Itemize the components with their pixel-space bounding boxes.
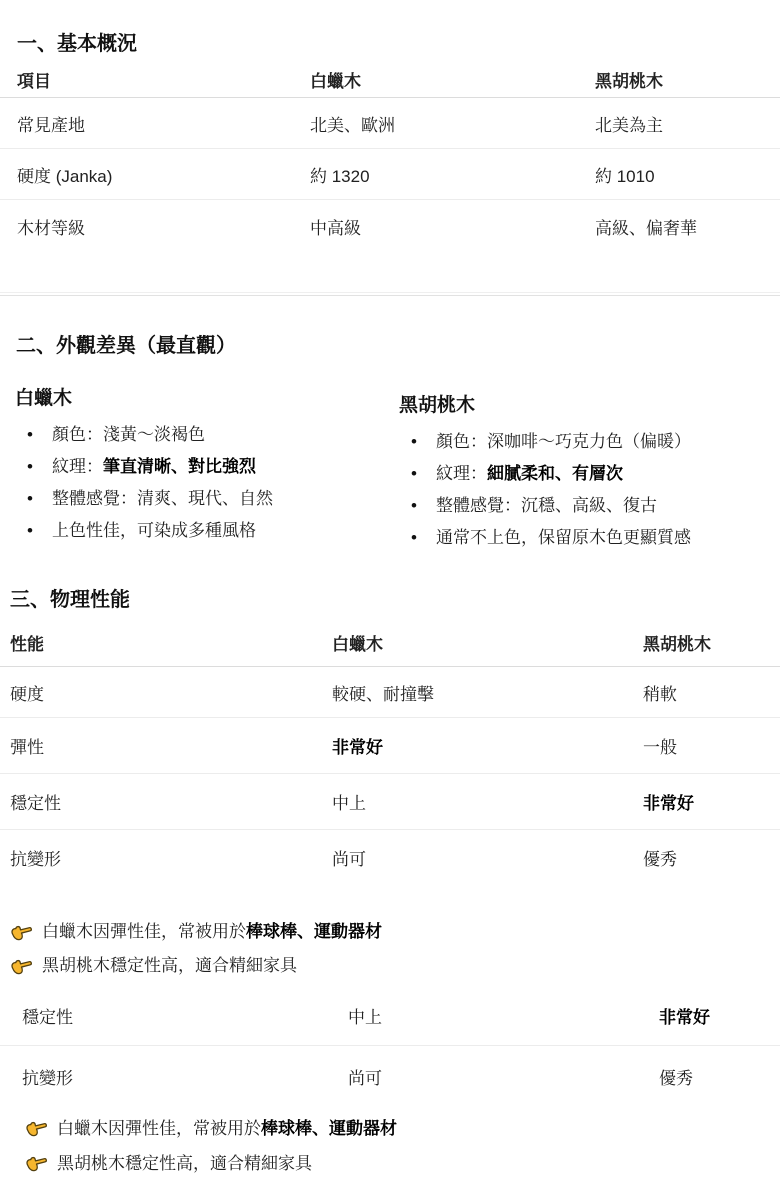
table-row: 穩定性 中上 非常好: [0, 774, 780, 830]
appearance-comparison: 白蠟木 顏色：淺黃～淡褐色 紋理：筆直清晰、對比強烈 整體感覺：清爽、現代、自然…: [0, 387, 780, 554]
table-cell: 較硬、耐撞擊: [332, 680, 643, 705]
ash-wood-bullet-list: 顏色：淺黃～淡褐色 紋理：筆直清晰、對比強烈 整體感覺：清爽、現代、自然 上色性…: [15, 419, 387, 547]
section-1-title: 一、基本概況: [17, 31, 780, 57]
table-cell: 非常好: [659, 1003, 780, 1028]
ash-wood-heading: 白蠟木: [15, 387, 387, 411]
table-cell: 中高級: [310, 214, 595, 239]
callout-block: 白蠟木因彈性佳，常被用於棒球棒、運動器材 黑胡桃木穩定性高，適合精細家具: [0, 915, 780, 983]
table-cell: 硬度 (Janka): [17, 162, 310, 187]
table-row: 硬度 (Janka) 約 1320 約 1010: [0, 149, 780, 200]
table-cell: 木材等級: [17, 214, 310, 239]
table-cell: 優秀: [659, 1064, 780, 1089]
column-header: 白蠟木: [310, 67, 595, 92]
table-row: 彈性 非常好 一般: [0, 718, 780, 774]
column-header: 黑胡桃木: [595, 67, 780, 92]
table-cell: 高級、偏奢華: [595, 214, 780, 239]
table-cell: 北美、歐洲: [310, 111, 595, 136]
table-cell: 抗變形: [22, 1064, 348, 1089]
pointing-finger-icon: [10, 956, 33, 977]
column-header: 黑胡桃木: [643, 630, 780, 655]
table-cell: 非常好: [332, 733, 643, 758]
walnut-wood-heading: 黑胡桃木: [399, 394, 780, 418]
table-cell: 彈性: [10, 733, 332, 758]
table-header-row: 項目 白蠟木 黑胡桃木: [0, 67, 780, 98]
table-cell: 抗變形: [10, 845, 332, 870]
table-row: 硬度 較硬、耐撞擊 稍軟: [0, 667, 780, 718]
table-cell: 穩定性: [22, 1003, 348, 1028]
repeated-table-fragment: 穩定性 中上 非常好 抗變形 尚可 優秀: [0, 985, 780, 1106]
table-cell: 中上: [348, 1003, 659, 1028]
callout-line: 白蠟木因彈性佳，常被用於棒球棒、運動器材: [25, 1111, 780, 1146]
section-divider: [0, 292, 780, 296]
section-3-title: 三、物理性能: [10, 587, 780, 613]
table-row: 抗變形 尚可 優秀: [0, 830, 780, 884]
callout-line: 黑胡桃木穩定性高，適合精細家具: [10, 949, 780, 983]
section-2-title: 二、外觀差異（最直觀）: [16, 333, 780, 359]
table-cell: 中上: [332, 789, 643, 814]
pointing-finger-icon: [25, 1153, 48, 1174]
physical-properties-table: 性能 白蠟木 黑胡桃木 硬度 較硬、耐撞擊 稍軟 彈性 非常好 一般 穩定性 中…: [0, 626, 780, 884]
table-row: 抗變形 尚可 優秀: [0, 1046, 780, 1106]
walnut-wood-bullet-list: 顏色：深咖啡～巧克力色（偏暖） 紋理：細膩柔和、有層次 整體感覺：沉穩、高級、復…: [399, 426, 780, 554]
table-cell: 約 1010: [595, 162, 780, 187]
table-header-row: 性能 白蠟木 黑胡桃木: [0, 626, 780, 667]
list-item: 顏色：淺黃～淡褐色: [15, 419, 387, 451]
table-cell: 約 1320: [310, 162, 595, 187]
walnut-wood-column: 黑胡桃木 顏色：深咖啡～巧克力色（偏暖） 紋理：細膩柔和、有層次 整體感覺：沉穩…: [387, 387, 780, 554]
table-cell: 尚可: [332, 845, 643, 870]
column-header: 性能: [10, 630, 332, 655]
table-cell: 非常好: [643, 789, 780, 814]
list-item: 上色性佳，可染成多種風格: [15, 515, 387, 547]
pointing-finger-icon: [25, 1118, 48, 1139]
table-cell: 硬度: [10, 680, 332, 705]
column-header: 白蠟木: [332, 630, 643, 655]
table-cell: 穩定性: [10, 789, 332, 814]
callout-block-repeat: 白蠟木因彈性佳，常被用於棒球棒、運動器材 黑胡桃木穩定性高，適合精細家具: [0, 1111, 780, 1181]
table-cell: 尚可: [348, 1064, 659, 1089]
list-item: 通常不上色，保留原木色更顯質感: [399, 522, 780, 554]
list-item: 整體感覺：沉穩、高級、復古: [399, 490, 780, 522]
column-header: 項目: [17, 67, 310, 92]
list-item: 整體感覺：清爽、現代、自然: [15, 483, 387, 515]
table-cell: 常見產地: [17, 111, 310, 136]
table-row: 常見產地 北美、歐洲 北美為主: [0, 98, 780, 149]
document-page: 一、基本概況 項目 白蠟木 黑胡桃木 常見產地 北美、歐洲 北美為主 硬度 (J…: [0, 0, 780, 1181]
list-item: 顏色：深咖啡～巧克力色（偏暖）: [399, 426, 780, 458]
ash-wood-column: 白蠟木 顏色：淺黃～淡褐色 紋理：筆直清晰、對比強烈 整體感覺：清爽、現代、自然…: [0, 387, 387, 554]
table-cell: 優秀: [643, 845, 780, 870]
list-item: 紋理：細膩柔和、有層次: [399, 458, 780, 490]
list-item: 紋理：筆直清晰、對比強烈: [15, 451, 387, 483]
table-cell: 一般: [643, 733, 780, 758]
table-row: 穩定性 中上 非常好: [0, 985, 780, 1046]
overview-table: 項目 白蠟木 黑胡桃木 常見產地 北美、歐洲 北美為主 硬度 (Janka) 約…: [0, 67, 780, 252]
table-cell: 稍軟: [643, 680, 780, 705]
callout-line: 白蠟木因彈性佳，常被用於棒球棒、運動器材: [10, 915, 780, 949]
callout-line: 黑胡桃木穩定性高，適合精細家具: [25, 1146, 780, 1181]
table-row: 木材等級 中高級 高級、偏奢華: [0, 200, 780, 252]
table-cell: 北美為主: [595, 111, 780, 136]
pointing-finger-icon: [10, 922, 33, 943]
